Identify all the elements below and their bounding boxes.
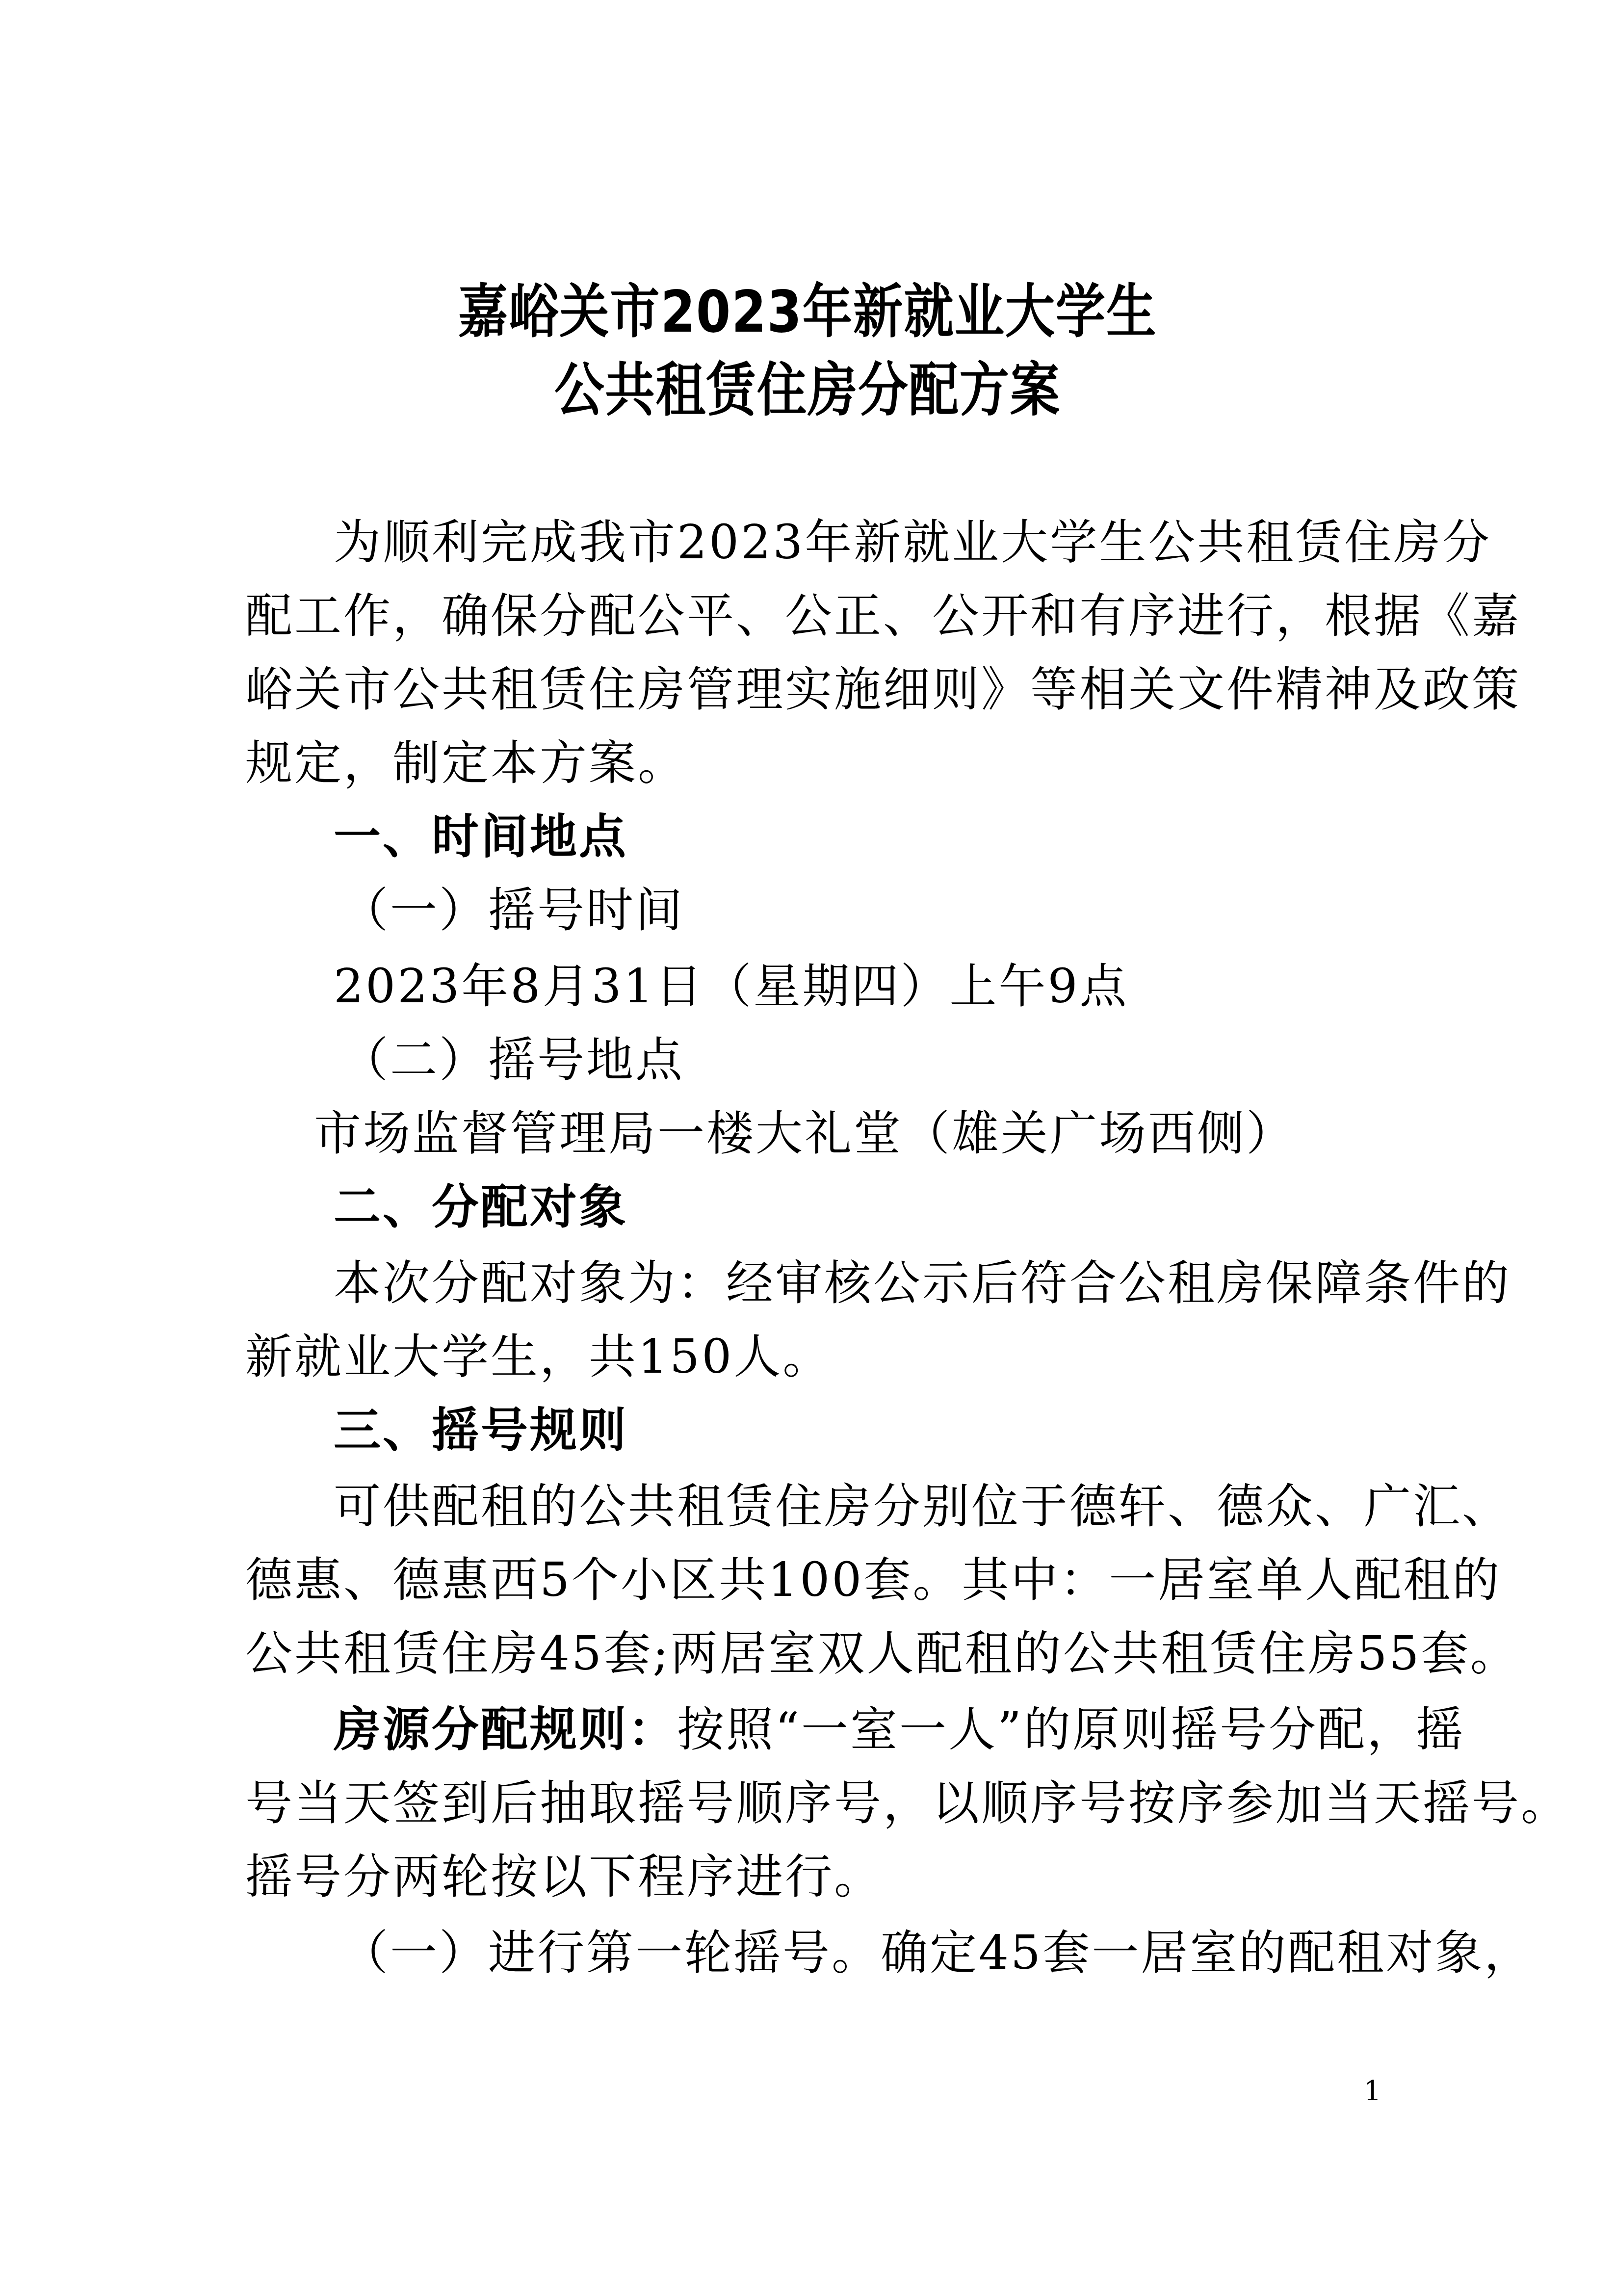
section-heading: 一、时间地点	[334, 807, 628, 866]
subsection-heading: （一）摇号时间	[341, 881, 684, 939]
paragraph-line: 德惠、德惠西5个小区共100套。其中：一居室单人配租的	[245, 1550, 1501, 1609]
intro-paragraph-line: 配工作，确保分配公平、公正、公开和有序进行，根据《嘉	[245, 586, 1521, 645]
paragraph-line: （一）进行第一轮摇号。确定45套一居室的配租对象，	[341, 1923, 1533, 1982]
paragraph-line: 可供配租的公共租赁住房分别位于德轩、德众、广汇、	[334, 1477, 1511, 1536]
section-heading: 三、摇号规则	[334, 1401, 628, 1460]
document-title-line-1: 嘉峪关市2023年新就业大学生	[113, 275, 1502, 348]
rule-label: 房源分配规则：	[334, 1702, 677, 1757]
paragraph-line: 号当天签到后抽取摇号顺序号，以顺序号按序参加当天摇号。	[245, 1774, 1570, 1832]
draw-time: 2023年8月31日（星期四）上午9点	[334, 957, 1129, 1016]
rule-paragraph-line: 房源分配规则：按照“一室一人”的原则摇号分配，摇	[334, 1700, 1465, 1759]
document-title-line-2: 公共租赁住房分配方案	[113, 353, 1502, 427]
intro-paragraph-line: 峪关市公共租赁住房管理实施细则》等相关文件精神及政策	[245, 660, 1521, 719]
paragraph-line: 新就业大学生，共150人。	[245, 1327, 832, 1386]
draw-location: 市场监督管理局一楼大礼堂（雄关广场西侧）	[314, 1104, 1295, 1163]
subsection-heading: （二）摇号地点	[341, 1030, 684, 1089]
intro-paragraph-line: 规定，制定本方案。	[245, 733, 687, 792]
page-number: 1	[1364, 2075, 1381, 2107]
paragraph-line: 公共租赁住房45套;两居室双人配租的公共租赁住房55套。	[245, 1624, 1519, 1683]
section-heading: 二、分配对象	[334, 1177, 628, 1236]
paragraph-line: 本次分配对象为：经审核公示后符合公租房保障条件的	[334, 1253, 1511, 1312]
rule-text: 按照“一室一人”的原则摇号分配，摇	[677, 1702, 1465, 1757]
intro-paragraph-line: 为顺利完成我市2023年新就业大学生公共租赁住房分	[334, 513, 1491, 572]
paragraph-line: 摇号分两轮按以下程序进行。	[245, 1847, 883, 1906]
